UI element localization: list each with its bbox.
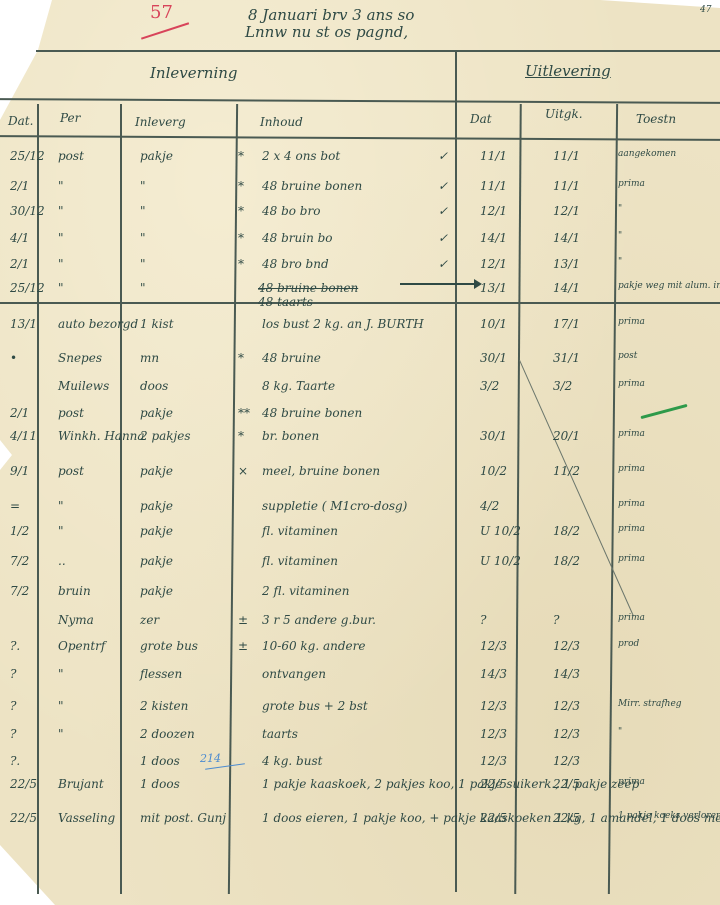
row-inhoud: 48 bo bro	[262, 205, 320, 217]
row-toestand: prima	[618, 380, 645, 389]
row-inlevering: pakje	[140, 555, 173, 567]
row-inhoud: 48 bruin bo	[262, 232, 333, 244]
row-toestand: Mirr. strafheg	[618, 700, 682, 709]
row-toestand: post	[618, 352, 637, 361]
row-inhoud-struck: 48 bruine bonen	[258, 282, 358, 294]
row-date-out: 14/3	[480, 668, 507, 680]
row-inlevering: "	[140, 232, 146, 244]
row-date-out: 13/1	[480, 282, 507, 294]
row-inhoud: 2 fl. vitaminen	[262, 585, 349, 597]
row-toestand: "	[618, 258, 622, 267]
row-date-out: 12/3	[480, 700, 507, 712]
row-inlevering: "	[140, 282, 146, 294]
row-uitgk: 11/2	[553, 465, 580, 477]
row-inhoud: 48 bruine bonen	[262, 407, 362, 419]
group-header-right: Uitlevering	[525, 64, 611, 79]
row-star-mark: *	[238, 180, 244, 192]
row-toestand: prima	[618, 180, 645, 189]
row-inlevering: 1 doos	[140, 755, 180, 767]
col-header-toestand: Toestn	[636, 113, 676, 125]
row-date: 22/5	[10, 778, 37, 790]
row-date-out: 3/2	[480, 380, 499, 392]
row-date-out: 30/1	[480, 352, 507, 364]
row-date-out: 4/2	[480, 500, 499, 512]
row-check-mark: ✓	[438, 180, 448, 192]
row-inlevering: "	[140, 258, 146, 270]
row-date-out: 12/3	[480, 640, 507, 652]
row-toestand: "	[618, 232, 622, 241]
row-date-out: U 10/2	[480, 525, 521, 537]
row-uitgk: 14/1	[553, 282, 580, 294]
row-inhoud: 2 x 4 ons bot	[262, 150, 340, 162]
row-uitgk: 18/2	[553, 525, 580, 537]
row-per: Winkh. Hanna	[58, 430, 145, 442]
row-inhoud: 8 kg. Taarte	[262, 380, 335, 392]
row-date-out: U 10/2	[480, 555, 521, 567]
row-date: ?	[10, 728, 16, 740]
row-uitgk: 22/5	[553, 778, 580, 790]
col-header-per: Per	[60, 112, 80, 124]
row-inlevering: "	[140, 205, 146, 217]
row-star-mark: ×	[238, 465, 248, 477]
row-per: post	[58, 150, 84, 162]
row-star-mark: ±	[238, 614, 248, 626]
row-toestand: "	[618, 205, 622, 214]
row-date-out: 12/3	[480, 755, 507, 767]
col-header-uitgk: Uitgk.	[545, 108, 583, 120]
row-star-mark: *	[238, 352, 244, 364]
row-inlevering: pakje	[140, 525, 173, 537]
row-inhoud: suppletie ( M1cro-dosg)	[262, 500, 407, 512]
row-check-mark: ✓	[438, 150, 448, 162]
row-uitgk: 12/3	[553, 755, 580, 767]
arrow-mark	[400, 283, 480, 285]
row-toestand: prod	[618, 640, 639, 649]
row-date: 4/11	[10, 430, 37, 442]
blue-pencil-number: 214	[200, 753, 221, 764]
row-date-out: 12/1	[480, 258, 507, 270]
row-date: •	[10, 352, 17, 364]
row-toestand: pakje weg mit alum. in contrle begrip.	[618, 282, 720, 291]
row-inlevering: 1 doos	[140, 778, 180, 790]
row-inhoud: 3 r 5 andere g.bur.	[262, 614, 376, 626]
row-check-mark: ✓	[438, 232, 448, 244]
row-date: 9/1	[10, 465, 29, 477]
row-date: =	[10, 500, 20, 512]
row-date: 2/1	[10, 407, 29, 419]
row-star-mark: *	[238, 232, 244, 244]
row-toestand: prima	[618, 778, 645, 787]
folio-number-corner: 47	[700, 6, 711, 15]
row-uitgk: 14/1	[553, 232, 580, 244]
row-uitgk: 3/2	[553, 380, 572, 392]
row-toestand: prima	[618, 614, 645, 623]
col-header-dat2: Dat	[470, 113, 492, 125]
row-date-out: 10/2	[480, 465, 507, 477]
row-inlevering: doos	[140, 380, 168, 392]
row-uitgk: 14/3	[553, 668, 580, 680]
row-date-out: 14/1	[480, 232, 507, 244]
row-date-out: 22/5	[480, 812, 507, 824]
row-date-out: 12/1	[480, 205, 507, 217]
row-date: ?	[10, 700, 16, 712]
row-inhoud: 10-60 kg. andere	[262, 640, 366, 652]
row-inhoud: br. bonen	[262, 430, 319, 442]
row-star-mark: *	[238, 430, 244, 442]
col-header-inhoud: Inhoud	[260, 116, 303, 128]
row-per: Muilews	[58, 380, 109, 392]
row-date: ?.	[10, 640, 20, 652]
col-divider-1	[37, 104, 39, 894]
row-per: "	[58, 700, 64, 712]
row-toestand: aangekomen	[618, 150, 676, 159]
row-inlevering: 2 kisten	[140, 700, 188, 712]
row-toestand: 1 pakje koeks verloren	[618, 812, 720, 821]
row-uitgk: 17/1	[553, 318, 580, 330]
row-inlevering: mit post. Gunj	[140, 812, 226, 824]
row-toestand: prima	[618, 500, 645, 509]
row-inlevering: grote bus	[140, 640, 198, 652]
row-inlevering: pakje	[140, 500, 173, 512]
row-inlevering: mn	[140, 352, 159, 364]
row-date: 7/2	[10, 585, 29, 597]
row-uitgk: 13/1	[553, 258, 580, 270]
row-per: "	[58, 728, 64, 740]
folio-number-red: 57	[150, 4, 173, 22]
row-check-mark: ✓	[438, 205, 448, 217]
row-inhoud: fl. vitaminen	[262, 555, 338, 567]
rule-top	[36, 50, 720, 52]
row-inlevering: pakje	[140, 407, 173, 419]
row-uitgk: 12/3	[553, 640, 580, 652]
row-per: Brujant	[58, 778, 104, 790]
row-uitgk: 18/2	[553, 555, 580, 567]
row-uitgk: 31/1	[553, 352, 580, 364]
row-per: "	[58, 282, 64, 294]
row-toestand: "	[618, 728, 622, 737]
row-uitgk: 12/3	[553, 728, 580, 740]
row-per: "	[58, 180, 64, 192]
row-inhoud: 1 pakje kaaskoek, 2 pakjes koo, 1 pakje …	[262, 778, 639, 790]
row-inhoud: 48 bruine	[262, 352, 321, 364]
row-toestand: prima	[618, 318, 645, 327]
row-inlevering: pakje	[140, 150, 173, 162]
row-per: Opentrf	[58, 640, 105, 652]
row-date: 2/1	[10, 258, 29, 270]
row-date-out: 11/1	[480, 150, 507, 162]
row-date: 1/2	[10, 525, 29, 537]
col-header-inlevering: Inleverg	[135, 116, 186, 128]
row-date: 4/1	[10, 232, 29, 244]
row-star-mark: *	[238, 150, 244, 162]
row-date: ?	[10, 668, 16, 680]
row-star-mark: **	[238, 407, 250, 419]
row-star-mark: *	[238, 258, 244, 270]
row-date-out: ?	[480, 614, 486, 626]
row-star-mark: ±	[238, 640, 248, 652]
row-date-out: 11/1	[480, 180, 507, 192]
col-divider-4	[455, 52, 457, 892]
row-toestand: prima	[618, 555, 645, 564]
row-uitgk: 12/1	[553, 205, 580, 217]
row-date-out: 30/1	[480, 430, 507, 442]
row-per: post	[58, 465, 84, 477]
row-per: Snepes	[58, 352, 102, 364]
row-date: 13/1	[10, 318, 37, 330]
row-date: 7/2	[10, 555, 29, 567]
row-inhoud: fl. vitaminen	[262, 525, 338, 537]
row-per: "	[58, 205, 64, 217]
row-date: 22/5	[10, 812, 37, 824]
col-header-date: Dat.	[8, 115, 33, 127]
row-per: "	[58, 232, 64, 244]
row-uitgk: 11/1	[553, 150, 580, 162]
row-inlevering: pakje	[140, 585, 173, 597]
row-inlevering: flessen	[140, 668, 182, 680]
row-inhoud: meel, bruine bonen	[262, 465, 380, 477]
row-inhoud: 48 bro bnd	[262, 258, 329, 270]
row-inlevering: "	[140, 180, 146, 192]
row-date: 30/12	[10, 205, 45, 217]
row-uitgk: 20/1	[553, 430, 580, 442]
row-per: ..	[58, 555, 66, 567]
row-per: "	[58, 668, 64, 680]
row-inlevering: pakje	[140, 465, 173, 477]
row-date-out: 10/1	[480, 318, 507, 330]
row-inhoud: grote bus + 2 bst	[262, 700, 368, 712]
row-per: auto bezorgd	[58, 318, 138, 330]
row-inhoud: 48 bruine bonen	[262, 180, 362, 192]
row-date: 25/12	[10, 282, 45, 294]
row-inhoud: 48 taarts	[258, 296, 313, 308]
row-date-out: 12/3	[480, 728, 507, 740]
row-inhoud: ontvangen	[262, 668, 326, 680]
row-inlevering: zer	[140, 614, 159, 626]
row-per: "	[58, 525, 64, 537]
row-uitgk: ?	[553, 614, 559, 626]
row-per: Vasseling	[58, 812, 115, 824]
row-date-out: 22/5	[480, 778, 507, 790]
row-check-mark: ✓	[438, 258, 448, 270]
row-per: post	[58, 407, 84, 419]
row-uitgk: 11/1	[553, 180, 580, 192]
heading-line-2: Lnnw nu st os pagnd,	[245, 25, 408, 40]
row-per: bruin	[58, 585, 91, 597]
row-date: ?.	[10, 755, 20, 767]
row-inhoud: 4 kg. bust	[262, 755, 322, 767]
row-inlevering: 2 pakjes	[140, 430, 191, 442]
row-inlevering: 1 kist	[140, 318, 174, 330]
group-header-left: Inleverning	[150, 66, 238, 81]
row-toestand: prima	[618, 430, 645, 439]
row-per: Nyma	[58, 614, 94, 626]
row-star-mark: *	[238, 205, 244, 217]
row-inlevering: 2 doozen	[140, 728, 195, 740]
row-per: "	[58, 258, 64, 270]
rule-section	[0, 302, 720, 304]
row-uitgk: 22/5	[553, 812, 580, 824]
row-date: 25/12	[10, 150, 45, 162]
row-inhoud: los bust 2 kg. an J. BURTH	[262, 318, 424, 330]
row-date: 2/1	[10, 180, 29, 192]
row-inhoud: taarts	[262, 728, 298, 740]
row-toestand: prima	[618, 525, 645, 534]
row-toestand: prima	[618, 465, 645, 474]
row-per: "	[58, 500, 64, 512]
col-divider-2	[120, 104, 122, 894]
row-uitgk: 12/3	[553, 700, 580, 712]
heading-line-1: 8 Januari brv 3 ans so	[248, 8, 414, 23]
